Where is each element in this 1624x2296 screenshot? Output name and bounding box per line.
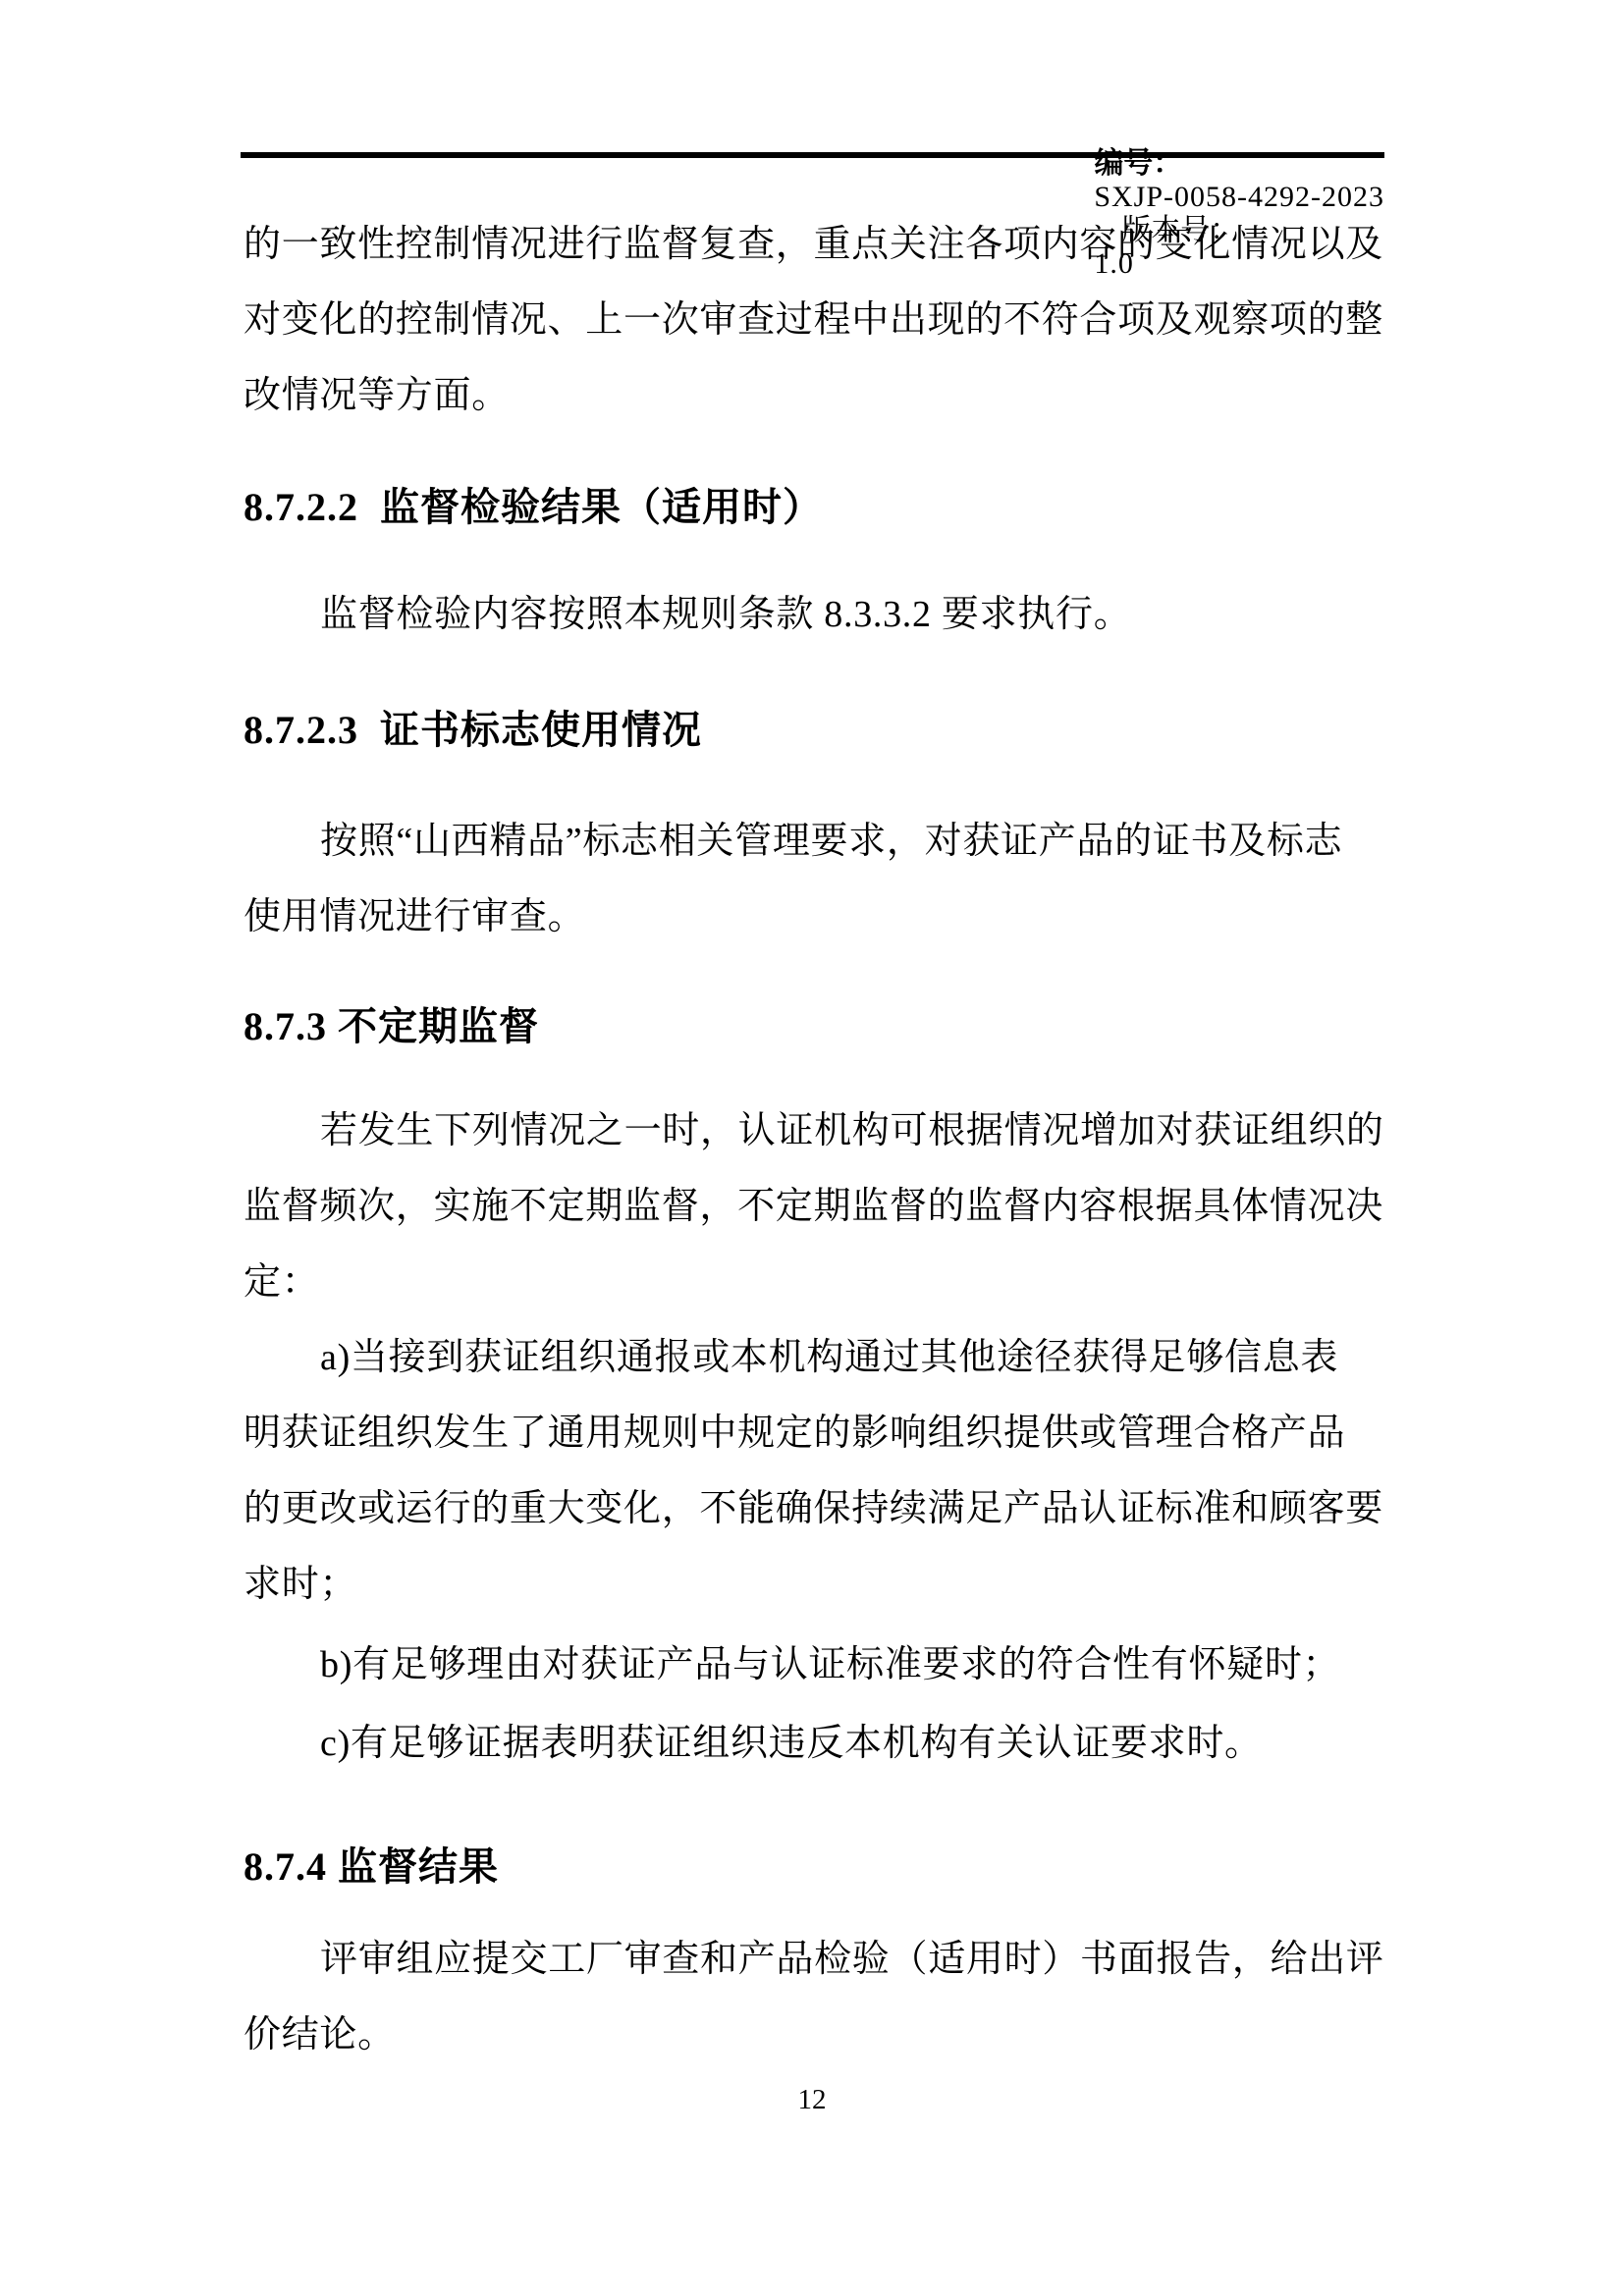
paragraph-line: 若发生下列情况之一时，认证机构可根据情况增加对获证组织的 bbox=[244, 1094, 1386, 1169]
paragraph-line: 明获证组织发生了通用规则中规定的影响组织提供或管理合格产品 bbox=[244, 1396, 1386, 1471]
list-item-a: a)当接到获证组织通报或本机构通过其他途径获得足够信息表 明获证组织发生了通用规… bbox=[244, 1320, 1386, 1623]
paragraph-874: 评审组应提交工厂审查和产品检验（适用时）书面报告，给出评 价结论。 bbox=[244, 1922, 1386, 2073]
paragraph-line: 求时； bbox=[244, 1547, 1386, 1623]
document-page: 编号： SXJP-0058-4292-2023 版本号： 1.0 的一致性控制情… bbox=[0, 0, 1624, 2296]
paragraph-873-intro: 若发生下列情况之一时，认证机构可根据情况增加对获证组织的 监督频次，实施不定期监… bbox=[244, 1094, 1386, 1320]
paragraph-8723: 按照“山西精品”标志相关管理要求，对获证产品的证书及标志 使用情况进行审查。 bbox=[244, 804, 1386, 955]
paragraph-line: 定： bbox=[244, 1245, 1386, 1320]
section-heading-8723: 8.7.2.3 证书标志使用情况 bbox=[244, 692, 1386, 768]
paragraph-line: 按照“山西精品”标志相关管理要求，对获证产品的证书及标志 bbox=[244, 804, 1386, 880]
paragraph-line: 监督频次，实施不定期监督，不定期监督的监督内容根据具体情况决 bbox=[244, 1169, 1386, 1245]
section-heading-873: 8.7.3 不定期监督 bbox=[244, 988, 1386, 1064]
paragraph-line: 价结论。 bbox=[244, 1998, 1386, 2073]
paragraph-line: 评审组应提交工厂审查和产品检验（适用时）书面报告，给出评 bbox=[244, 1922, 1386, 1998]
paragraph-line: 改情况等方面。 bbox=[244, 358, 1386, 434]
section-heading-874: 8.7.4 监督结果 bbox=[244, 1829, 1386, 1904]
section-heading-8722: 8.7.2.2 监督检验结果（适用时） bbox=[244, 469, 1386, 545]
paragraph-line: 监督检验内容按照本规则条款 8.3.3.2 要求执行。 bbox=[244, 577, 1386, 653]
paragraph-line: 的一致性控制情况进行监督复查，重点关注各项内容的变化情况以及 bbox=[244, 207, 1386, 283]
list-item-c: c)有足够证据表明获证组织违反本机构有关认证要求时。 bbox=[244, 1706, 1386, 1782]
list-item-b: b)有足够理由对获证产品与认证标准要求的符合性有怀疑时； bbox=[244, 1628, 1386, 1703]
paragraph-line: a)当接到获证组织通报或本机构通过其他途径获得足够信息表 bbox=[244, 1320, 1386, 1396]
document-body: 的一致性控制情况进行监督复查，重点关注各项内容的变化情况以及 对变化的控制情况、… bbox=[244, 0, 1386, 2073]
paragraph-line: 对变化的控制情况、上一次审查过程中出现的不符合项及观察项的整 bbox=[244, 283, 1386, 358]
paragraph-line: 使用情况进行审查。 bbox=[244, 880, 1386, 955]
paragraph-line: 的更改或运行的重大变化，不能确保持续满足产品认证标准和顾客要 bbox=[244, 1471, 1386, 1547]
paragraph-continuation: 的一致性控制情况进行监督复查，重点关注各项内容的变化情况以及 对变化的控制情况、… bbox=[244, 207, 1386, 434]
page-number: 12 bbox=[0, 2083, 1624, 2116]
